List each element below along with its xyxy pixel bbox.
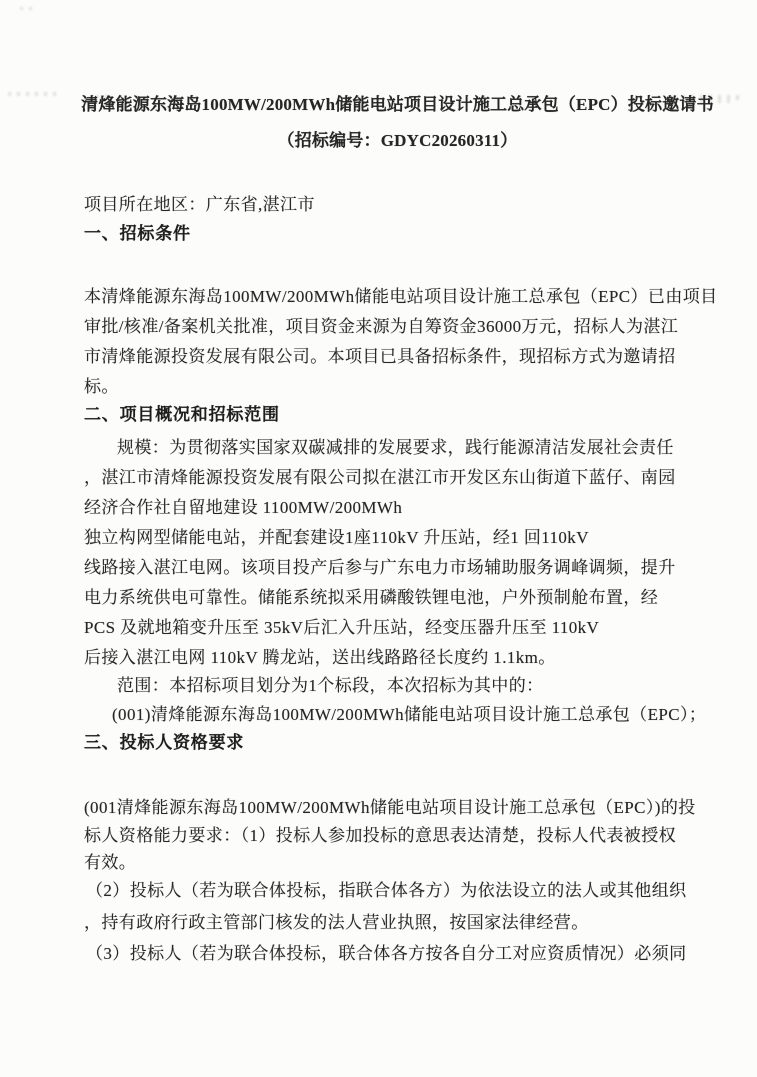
section-3-line: 标人资格能力要求：（1）投标人参加投标的意思表达清楚，投标人代表被授权 <box>84 821 676 851</box>
project-location: 项目所在地区：广东省,湛江市 <box>84 190 315 220</box>
section-3-line: (001清烽能源东海岛100MW/200MWh储能电站项目设计施工总承包（EPC… <box>84 793 696 823</box>
section-2-scale-line: 电力系统供电可靠性。储能系统拟采用磷酸铁锂电池，户外预制舱布置，经 <box>84 583 658 613</box>
section-2-scale-line: 线路接入湛江电网。该项目投产后参与广东电力市场辅助服务调峰调频，提升 <box>84 553 676 583</box>
section-2-scale-line: 独立构网型储能电站，并配套建设1座110kV 升压站，经1 回110kV <box>84 523 589 553</box>
section-2-scale-line: ，湛江市清烽能源投资发展有限公司拟在湛江市开发区东山街道下蓝仔、南园 <box>84 463 676 493</box>
section-3-heading: 三、投标人资格要求 <box>84 728 244 758</box>
section-1-line: 本清烽能源东海岛100MW/200MWh储能电站项目设计施工总承包（EPC）已由… <box>84 282 718 312</box>
doc-title: 清烽能源东海岛100MW/200MWh储能电站项目设计施工总承包（EPC）投标邀… <box>38 90 757 120</box>
scan-artifact <box>20 7 38 10</box>
doc-tender-number: （招标编号：GDYC20260311） <box>38 126 757 156</box>
section-3-line: （2）投标人（若为联合体投标，指联合体各方）为依法设立的法人或其他组织 <box>86 876 687 906</box>
section-2-scope-line: 范围：本招标项目划分为1个标段，本次招标为其中的： <box>117 671 544 701</box>
section-2-scale-line: PCS 及就地箱变升压至 35kV后汇入升压站，经变压器升压至 110kV <box>84 613 599 643</box>
section-2-heading: 二、项目概况和招标范围 <box>84 400 280 430</box>
section-1-line: 标。 <box>84 372 119 402</box>
section-1-heading: 一、招标条件 <box>84 219 191 249</box>
section-1-line: 市清烽能源投资发展有限公司。本项目已具备招标条件，现招标方式为邀请招 <box>84 342 676 372</box>
section-2-scale-line: 经济合作社自留地建设 1100MW/200MWh <box>84 493 402 523</box>
section-2-scale-line: 规模：为贯彻落实国家双碳减排的发展要求，践行能源清洁发展社会责任 <box>117 433 674 463</box>
section-2-scale-line: 后接入湛江电网 110kV 腾龙站，送出线路路径长度约 1.1km。 <box>84 643 556 673</box>
scanned-tender-document-page: 清烽能源东海岛100MW/200MWh储能电站项目设计施工总承包（EPC）投标邀… <box>0 0 757 1077</box>
section-2-scope-line: (001)清烽能源东海岛100MW/200MWh储能电站项目设计施工总承包（EP… <box>112 700 706 730</box>
section-1-line: 审批/核准/备案机关批准，项目资金来源为自筹资金36000万元，招标人为湛江 <box>84 312 678 342</box>
section-3-line: （3）投标人（若为联合体投标，联合体各方按各自分工对应资质情况）必须同 <box>86 939 687 969</box>
section-3-line: ，持有政府行政主管部门核发的法人营业执照，按国家法律经营。 <box>84 908 589 938</box>
section-3-line: 有效。 <box>84 848 136 878</box>
